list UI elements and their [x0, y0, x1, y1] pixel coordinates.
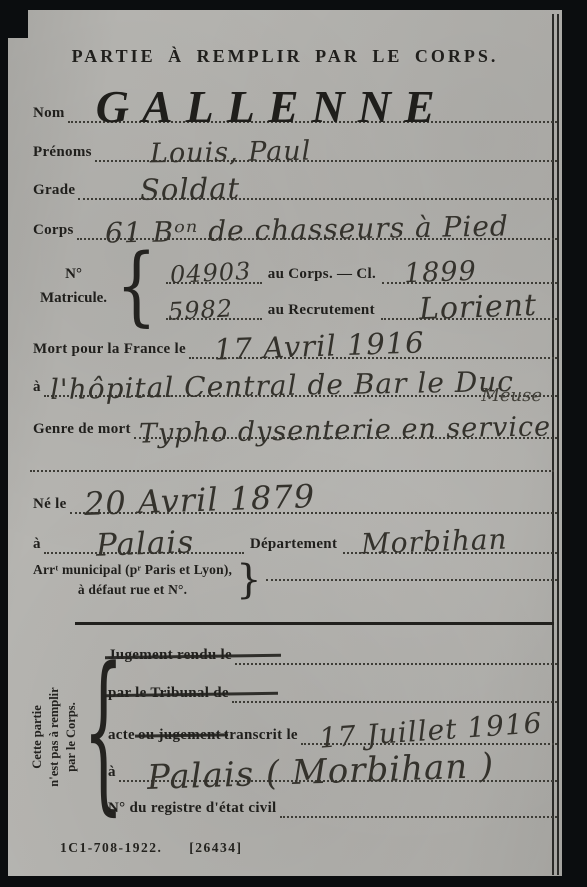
departement-line: Morbihan	[343, 514, 557, 554]
field-jugement: Jugement rendu le	[108, 635, 557, 665]
matricule-label-text: Matricule.	[40, 286, 107, 310]
field-lieu-deces: à l'hôpital Central de Bar le Duc	[33, 359, 557, 397]
field-corps: Corps 61 Bᵒⁿ de chasseurs à Pied	[33, 200, 557, 240]
matricule-recrutement-line: 5982	[166, 284, 262, 320]
field-matricule: N° Matricule. { 04903 au Corps. — Cl. 18…	[40, 246, 557, 326]
arrondissement-brace: }	[236, 562, 261, 598]
jugement-label: Jugement rendu le	[108, 647, 235, 665]
corps-label: Corps	[33, 222, 77, 240]
empty-line	[30, 460, 554, 472]
imprint-ref: [26434]	[189, 840, 242, 855]
jugement-line	[235, 635, 557, 665]
arrondissement-line	[266, 579, 557, 581]
matricule-row-corps: 04903 au Corps. — Cl. 1899	[166, 246, 557, 284]
genre-mort-label: Genre de mort	[33, 421, 134, 439]
field-registre: N° du registre d'état civil	[108, 788, 557, 818]
nom-line: GALLENNE	[68, 75, 557, 123]
matricule-corps-number: 04903	[169, 259, 252, 287]
section-separator	[75, 622, 554, 625]
form-title: PARTIE À REMPLIR PAR LE CORPS.	[8, 46, 562, 67]
margin-rule-inner	[557, 14, 559, 875]
matricule-label-no: N°	[40, 262, 107, 286]
tribunal-line	[232, 673, 557, 703]
field-tribunal: par le Tribunal de	[108, 673, 557, 703]
field-ne-le: Né le 20 Avril 1879	[33, 472, 557, 514]
classe-value: 1899	[404, 258, 478, 288]
matricule-row-recrutement: 5982 au Recrutement Lorient	[166, 284, 557, 320]
lieu-naissance-line: Palais	[44, 514, 244, 554]
departement-value: Morbihan	[361, 525, 508, 558]
matricule-brace: {	[116, 246, 157, 326]
genre-mort-value: Typho dysenterie en service	[139, 413, 552, 447]
scan-corner-shadow	[0, 0, 28, 38]
registre-label: N° du registre d'état civil	[108, 800, 280, 818]
field-grade: Grade Soldat	[33, 162, 557, 200]
classe-line: 1899	[382, 246, 557, 284]
mort-line: 17 Avril 1916	[189, 323, 557, 359]
lieu-transcription-label: à	[108, 764, 119, 782]
ne-le-label: Né le	[33, 496, 70, 514]
ne-le-line: 20 Avril 1879	[70, 472, 557, 514]
au-corps-label: au Corps. — Cl.	[262, 266, 382, 284]
prenoms-line: Louis, Paul	[95, 123, 557, 162]
corps-line: 61 Bᵒⁿ de chasseurs à Pied	[77, 200, 557, 240]
genre-mort-annotation: Meuse	[481, 385, 542, 406]
mort-label: Mort pour la France le	[33, 341, 189, 359]
lieu-naissance-label: à	[33, 536, 44, 554]
field-mort-pour-la-france: Mort pour la France le 17 Avril 1916	[33, 323, 557, 359]
matricule-corps-line: 04903	[166, 246, 262, 284]
matricule-label: N° Matricule.	[40, 262, 107, 310]
field-lieu-transcription: à Palais ( Morbihan )	[108, 736, 557, 782]
lieu-naissance-value: Palais	[95, 527, 194, 561]
field-arrondissement: Arrᵗ municipal (pʳ Paris et Lyon), à déf…	[33, 562, 557, 598]
field-lieu-naissance: à Palais Département Morbihan	[33, 514, 557, 554]
registre-line	[280, 788, 557, 818]
side-note-line2: n'est pas à remplir	[46, 648, 63, 826]
corps-value: 61 Bᵒⁿ de chasseurs à Pied	[104, 212, 508, 247]
footer-imprint: 1C1-708-1922. [26434]	[60, 840, 265, 856]
scanned-document: PARTIE À REMPLIR PAR LE CORPS. Nom GALLE…	[0, 0, 587, 887]
grade-line: Soldat	[78, 162, 557, 200]
arrondissement-label: Arrᵗ municipal (pʳ Paris et Lyon), à déf…	[33, 560, 232, 599]
matricule-recrutement-number: 5982	[167, 296, 233, 323]
imprint-number: 1C1-708-1922.	[60, 840, 162, 855]
empty-dotted-line	[30, 460, 554, 472]
recrutement-line: Lorient	[381, 284, 557, 320]
arrondissement-label-line1: Arrᵗ municipal (pʳ Paris et Lyon),	[33, 560, 232, 580]
au-recrutement-label: au Recrutement	[262, 302, 381, 320]
genre-mort-line: Typho dysenterie en service Meuse	[134, 401, 557, 439]
grade-label: Grade	[33, 182, 78, 200]
nom-label: Nom	[33, 105, 68, 123]
lieu-deces-label: à	[33, 379, 44, 397]
field-genre-de-mort: Genre de mort Typho dysenterie en servic…	[33, 401, 557, 439]
departement-label: Département	[244, 536, 343, 554]
matricule-rows: 04903 au Corps. — Cl. 1899 5982 au Recru…	[166, 246, 557, 326]
field-prenoms: Prénoms Louis, Paul	[33, 123, 557, 162]
tribunal-label: par le Tribunal de	[108, 685, 232, 703]
side-note-line3: par le Corps.	[63, 648, 80, 826]
field-nom: Nom GALLENNE	[33, 75, 557, 123]
lieu-transcription-line: Palais ( Morbihan )	[119, 736, 557, 782]
side-note-line1: Cette partie	[29, 648, 46, 826]
arrondissement-label-line2: à défaut rue et N°.	[33, 580, 232, 600]
recrutement-value: Lorient	[418, 291, 537, 325]
side-note: Cette partie n'est pas à remplir par le …	[29, 648, 85, 826]
lieu-deces-value: l'hôpital Central de Bar le Duc	[50, 368, 514, 404]
prenoms-label: Prénoms	[33, 144, 95, 162]
